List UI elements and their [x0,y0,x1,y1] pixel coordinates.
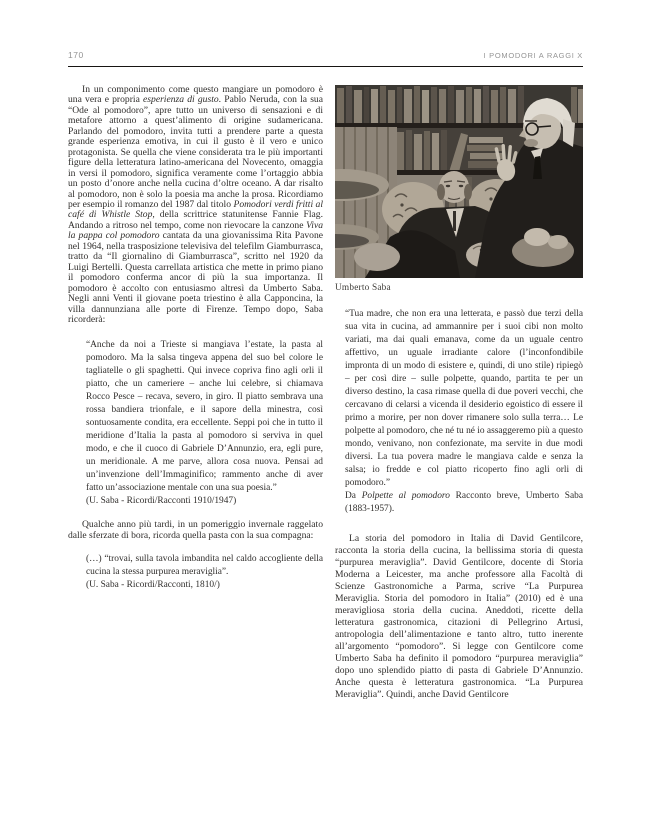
photo-caption: Umberto Saba [335,283,583,293]
paragraph-intro: In un componimento come questo mangiare … [68,85,323,325]
left-column: In un componimento come questo mangiare … [68,85,323,701]
italic-title-esperienza: esperienza di gusto [143,94,219,105]
right-column: Umberto Saba “Tua madre, che non era una… [335,85,583,701]
blockquote-saba-polpette: “Tua madre, che non era una letterata, e… [345,308,583,516]
text-columns: In un componimento come questo mangiare … [68,85,583,701]
quote-source: (U. Saba - Ricordi/Racconti 1910/1947) [86,495,323,508]
quote-text: (…) “trovai, sulla tavola imbandita nel … [86,553,323,579]
photo-illustration [335,85,583,278]
quote-text: “Tua madre, che non era una letterata, e… [345,308,583,490]
paragraph-bora: Qualche anno più tardi, in un pomeriggio… [68,520,323,541]
para1-text: . Pablo Neruda, con la sua “Ode al pomod… [68,94,323,210]
quote-source: (U. Saba - Ricordi/Racconti, 1810/) [86,579,323,592]
italic-title-polpette: Polpette al pomodoro [362,491,450,501]
blockquote-saba-trieste: “Anche da noi a Trieste si mangiava l’es… [86,339,323,508]
quote-text: “Anche da noi a Trieste si mangiava l’es… [86,339,323,495]
book-page: 170 I POMODORI A RAGGI X In un componime… [0,0,650,840]
header-rule [68,66,583,67]
paragraph-gentilcore: La storia del pomodoro in Italia di Davi… [335,533,583,701]
page-number: 170 [68,50,84,60]
photo-umberto-saba [335,85,583,278]
quote-source-prefix: Da [345,491,362,501]
blockquote-saba-purpurea: (…) “trovai, sulla tavola imbandita nel … [86,553,323,592]
photo-figure: Umberto Saba [335,85,583,293]
running-title: I POMODORI A RAGGI X [484,51,583,60]
quote-source: Da Polpette al pomodoro Racconto breve, … [345,490,583,516]
page-header: 170 I POMODORI A RAGGI X [68,50,583,60]
para1-text: cantata da una giovanissima Rita Pavone … [68,230,323,325]
